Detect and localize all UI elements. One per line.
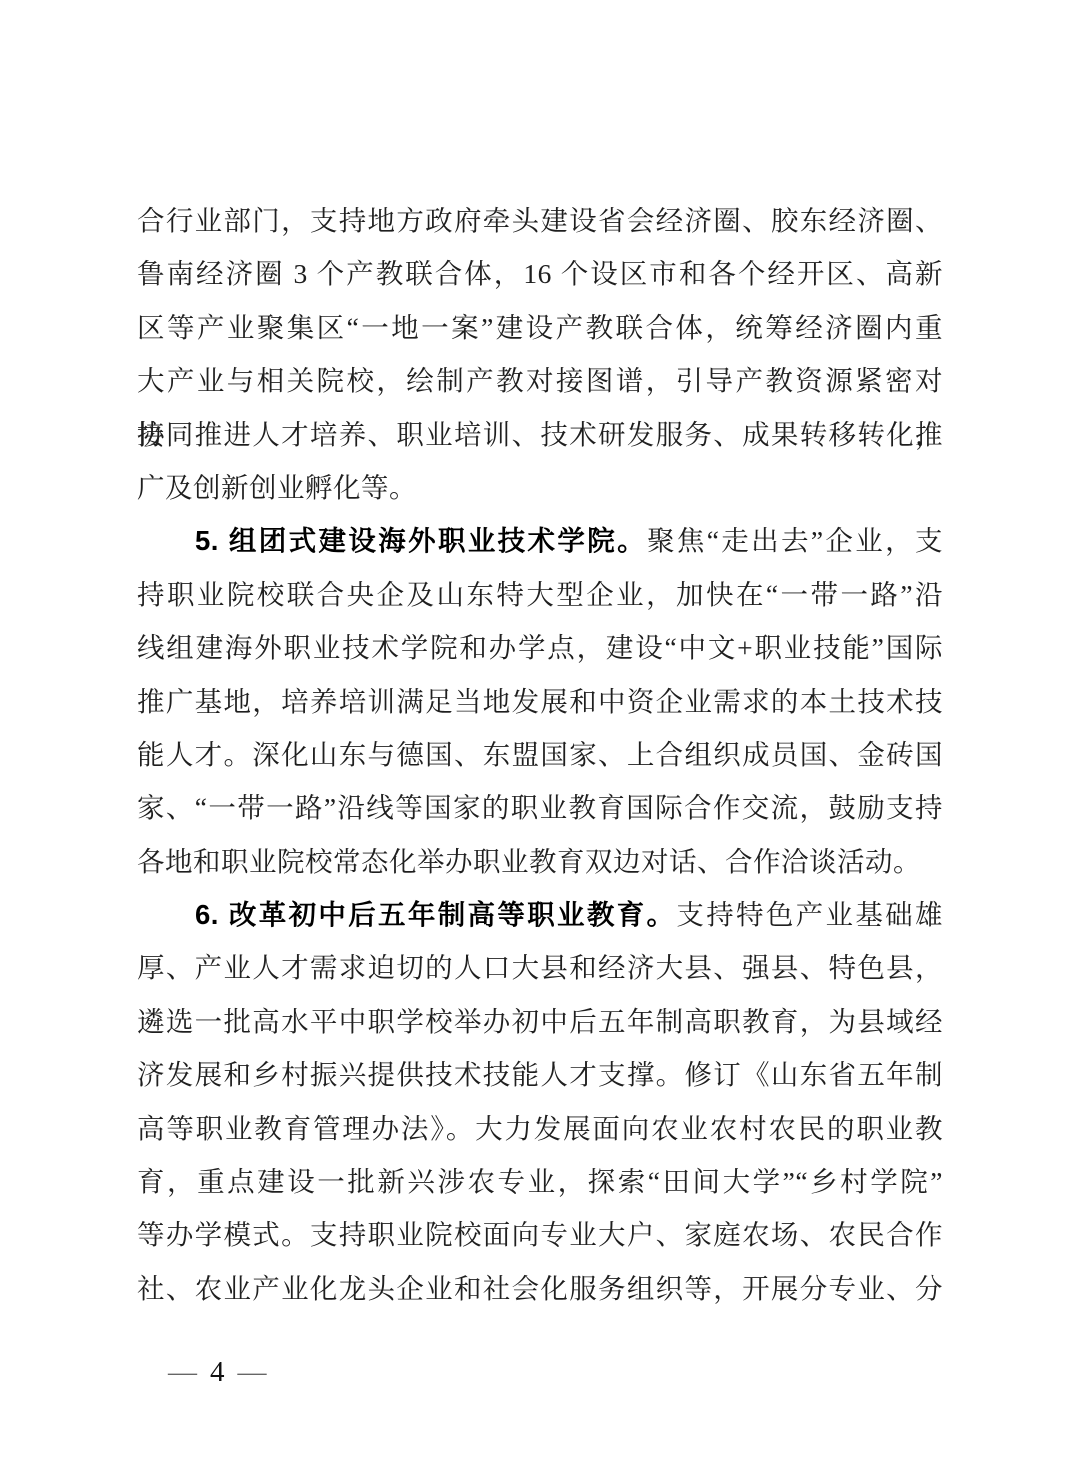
para-item-6-line: 厚、产业人才需求迫切的人口大县和经济大县、强县、特色县，: [137, 941, 943, 994]
body-text: 能人才。深化山东与德国、东盟国家、上合组织成员国、金砖国: [137, 739, 943, 770]
body-text: 各地和职业院校常态化举办职业教育双边对话、合作洽谈活动。: [137, 846, 921, 877]
document-text-block: 合行业部门，支持地方政府牵头建设省会经济圈、胶东经济圈、鲁南经济圈 3 个产教联…: [137, 194, 943, 1315]
body-text: 广及创新创业孵化等。: [137, 472, 417, 503]
page-footer: —4—: [168, 1352, 267, 1392]
para-item-5-line: 各地和职业院校常态化举办职业教育双边对话、合作洽谈活动。: [137, 835, 943, 888]
body-text: 等办学模式。支持职业院校面向专业大户、家庭农场、农民合作: [137, 1219, 943, 1250]
para-item-5-line: 线组建海外职业技术学院和办学点，建设“中文+职业技能”国际: [137, 621, 943, 674]
body-text: 区等产业聚集区“一地一案”建设产教联合体，统筹经济圈内重: [137, 312, 943, 343]
body-text: 济发展和乡村振兴提供技术技能人才支撑。修订《山东省五年制: [137, 1059, 943, 1090]
footer-left-dash: —: [168, 1356, 197, 1388]
body-text: 持职业院校联合央企及山东特大型企业，加快在“一带一路”沿: [137, 579, 943, 610]
body-text: 高等职业教育管理办法》。大力发展面向农业农村农民的职业教: [137, 1113, 943, 1144]
para-item-6-line: 育，重点建设一批新兴涉农专业，探索“田间大学”“乡村学院”: [137, 1155, 943, 1208]
body-text: 社、农业产业化龙头企业和社会化服务组织等，开展分专业、分: [137, 1273, 943, 1304]
para-item-6-line: 社、农业产业化龙头企业和社会化服务组织等，开展分专业、分: [137, 1262, 943, 1315]
body-text: 聚焦“走出去”企业，支: [647, 525, 943, 556]
para-continuation-line: 鲁南经济圈 3 个产教联合体，16 个设区市和各个经开区、高新: [137, 247, 943, 300]
document-page: 合行业部门，支持地方政府牵头建设省会经济圈、胶东经济圈、鲁南经济圈 3 个产教联…: [0, 0, 1080, 1459]
body-text: 厚、产业人才需求迫切的人口大县和经济大县、强县、特色县，: [137, 952, 943, 983]
para-item-5-line: 能人才。深化山东与德国、东盟国家、上合组织成员国、金砖国: [137, 728, 943, 781]
para-continuation-line: 合行业部门，支持地方政府牵头建设省会经济圈、胶东经济圈、: [137, 194, 943, 247]
item-heading: 5. 组团式建设海外职业技术学院。: [195, 525, 647, 556]
para-item-6-line: 遴选一批高水平中职学校举办初中后五年制高职教育，为县域经: [137, 995, 943, 1048]
body-text: 协同推进人才培养、职业培训、技术研发服务、成果转移转化推: [137, 419, 943, 450]
body-text: 育，重点建设一批新兴涉农专业，探索“田间大学”“乡村学院”: [137, 1166, 943, 1197]
body-text: 合行业部门，支持地方政府牵头建设省会经济圈、胶东经济圈、: [137, 205, 943, 236]
para-item-6-line: 济发展和乡村振兴提供技术技能人才支撑。修订《山东省五年制: [137, 1048, 943, 1101]
para-item-6-line: 6. 改革初中后五年制高等职业教育。支持特色产业基础雄: [137, 888, 943, 941]
body-text: 支持特色产业基础雄: [676, 899, 943, 930]
para-item-5-line: 5. 组团式建设海外职业技术学院。聚焦“走出去”企业，支: [137, 514, 943, 567]
para-continuation-line: 广及创新创业孵化等。: [137, 461, 943, 514]
para-continuation-line: 区等产业聚集区“一地一案”建设产教联合体，统筹经济圈内重: [137, 301, 943, 354]
page-number: 4: [210, 1356, 225, 1388]
para-item-6-line: 高等职业教育管理办法》。大力发展面向农业农村农民的职业教: [137, 1102, 943, 1155]
body-text: 线组建海外职业技术学院和办学点，建设“中文+职业技能”国际: [137, 632, 943, 663]
para-item-6-line: 等办学模式。支持职业院校面向专业大户、家庭农场、农民合作: [137, 1208, 943, 1261]
para-continuation-line: 大产业与相关院校，绘制产教对接图谱，引导产教资源紧密对接，: [137, 354, 943, 407]
body-text: 鲁南经济圈 3 个产教联合体，16 个设区市和各个经开区、高新: [137, 258, 943, 289]
body-text: 推广基地，培养培训满足当地发展和中资企业需求的本土技术技: [137, 686, 943, 717]
item-heading: 6. 改革初中后五年制高等职业教育。: [195, 899, 676, 930]
para-continuation-line: 协同推进人才培养、职业培训、技术研发服务、成果转移转化推: [137, 408, 943, 461]
footer-right-dash: —: [238, 1356, 267, 1388]
para-item-5-line: 推广基地，培养培训满足当地发展和中资企业需求的本土技术技: [137, 675, 943, 728]
body-text: 家、“一带一路”沿线等国家的职业教育国际合作交流，鼓励支持: [137, 792, 943, 823]
para-item-5-line: 持职业院校联合央企及山东特大型企业，加快在“一带一路”沿: [137, 568, 943, 621]
body-text: 遴选一批高水平中职学校举办初中后五年制高职教育，为县域经: [137, 1006, 943, 1037]
para-item-5-line: 家、“一带一路”沿线等国家的职业教育国际合作交流，鼓励支持: [137, 781, 943, 834]
